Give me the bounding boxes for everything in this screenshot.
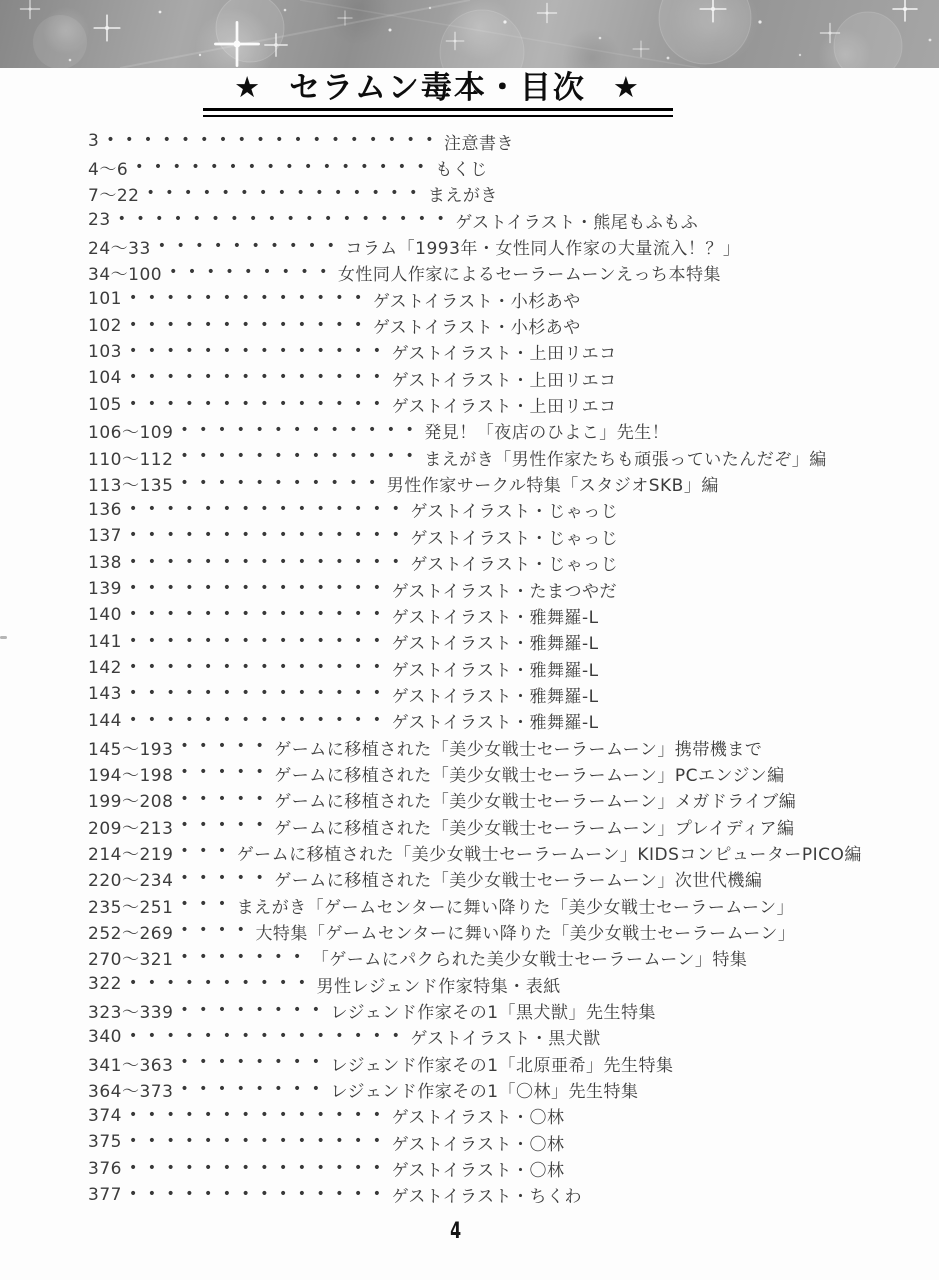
toc-entry-leader-dots: ••••• — [180, 870, 274, 886]
toc-entry-leader-dots: •••••••••••••••••• — [118, 211, 456, 227]
toc-entry-title: コラム「1993年・女性同人作家の大量流入！？」 — [345, 234, 740, 259]
toc-entry-title: 注意書き — [444, 129, 514, 154]
toc-entry: 136•••••••••••••••ゲストイラスト・じゃっじ — [88, 497, 939, 523]
toc-entry: 103••••••••••••••ゲストイラスト・上田リエコ — [88, 339, 939, 365]
toc-entry-pages: 3 — [88, 131, 99, 151]
toc-entry-leader-dots: ••••••••••••••• — [129, 501, 410, 517]
toc-entry-pages: 214～219 — [88, 840, 173, 865]
toc-entry-pages: 110～112 — [88, 445, 173, 470]
toc-entry-title: ゲストイラスト・たまつやだ — [392, 577, 617, 602]
toc-entry-leader-dots: •••••••••••••••• — [135, 159, 435, 175]
toc-entry-leader-dots: ••••••••••••• — [180, 422, 424, 438]
toc-entry-leader-dots: ••••• — [180, 764, 274, 780]
toc-entry-leader-dots: ••••••••• — [169, 264, 338, 280]
sparkle-banner-image — [0, 0, 939, 68]
sparkle-flares-graphic — [0, 0, 939, 68]
toc-entry-leader-dots: ••••• — [180, 791, 274, 807]
toc-entry-title: もくじ — [435, 155, 488, 180]
toc-entry-leader-dots: ••• — [180, 843, 236, 859]
toc-entry-leader-dots: ••••••••••••••• — [129, 527, 410, 543]
toc-entry: 137•••••••••••••••ゲストイラスト・じゃっじ — [88, 523, 939, 549]
toc-entry: 140••••••••••••••ゲストイラスト・雅舞羅-L — [88, 602, 939, 628]
toc-entry-title: 男性レジェンド作家特集・表紙 — [317, 972, 561, 997]
toc-entry: 106～109•••••••••••••発見！「夜店のひよこ」先生！ — [88, 418, 939, 444]
toc-entry-title: ゲストイラスト・じゃっじ — [410, 497, 618, 522]
toc-entry-pages: 139 — [88, 579, 122, 599]
toc-entry: 34～100•••••••••女性同人作家によるセーラームーンえっち本特集 — [88, 260, 939, 286]
toc-entry-title: ゲームに移植された「美少女戦士セーラームーン」KIDSコンピューターPICO編 — [237, 840, 862, 865]
toc-entry-leader-dots: •••••••• — [180, 1054, 330, 1070]
scan-artifact-mark — [0, 636, 7, 639]
toc-entry-pages: 137 — [88, 526, 122, 546]
toc-entry-pages: 4～6 — [88, 155, 128, 180]
toc-entry-title: ゲストイラスト・上田リエコ — [392, 366, 617, 391]
toc-entry-pages: 323～339 — [88, 998, 173, 1023]
toc-entry-pages: 105 — [88, 395, 122, 415]
toc-entry-title: ゲストイラスト・雅舞羅-L — [392, 708, 599, 733]
toc-entry: 139••••••••••••••ゲストイラスト・たまつやだ — [88, 576, 939, 602]
toc-entry-leader-dots: ••••••••••••••• — [129, 1028, 410, 1044]
toc-entry: 235～251•••まえがき「ゲームセンターに舞い降りた「美少女戦士セーラームー… — [88, 892, 939, 918]
toc-entry-pages: 144 — [88, 711, 122, 731]
toc-entry-title: 発見！「夜店のひよこ」先生！ — [424, 418, 669, 443]
toc-entry-pages: 341～363 — [88, 1051, 173, 1076]
toc-entry-pages: 235～251 — [88, 893, 173, 918]
toc-entry-pages: 7～22 — [88, 181, 139, 206]
toc-entry: 214～219•••ゲームに移植された「美少女戦士セーラームーン」KIDSコンピ… — [88, 839, 939, 865]
toc-entry-title: まえがき — [428, 181, 498, 206]
toc-entry: 374••••••••••••••ゲストイラスト・〇林 — [88, 1103, 939, 1129]
toc-entry: 101•••••••••••••ゲストイラスト・小杉あや — [88, 286, 939, 312]
toc-entry-leader-dots: •••••••••••••••••• — [106, 132, 444, 148]
toc-entry-title: ゲームに移植された「美少女戦士セーラームーン」プレイディア編 — [274, 814, 794, 839]
toc-entry: 24～33••••••••••コラム「1993年・女性同人作家の大量流入！？」 — [88, 233, 939, 259]
toc-entry-pages: 106～109 — [88, 418, 173, 443]
star-icon-right: ★ — [613, 70, 641, 104]
toc-entry-title: レジェンド作家その1「黒犬獣」先生特集 — [330, 998, 656, 1023]
toc-entry-pages: 220～234 — [88, 866, 173, 891]
toc-entry: 220～234•••••ゲームに移植された「美少女戦士セーラームーン」次世代機編 — [88, 866, 939, 892]
toc-entry-title: ゲストイラスト・雅舞羅-L — [392, 656, 599, 681]
toc-entry: 110～112•••••••••••••まえがき「男性作家たちも頑張っていたんだ… — [88, 444, 939, 470]
toc-entry-title: まえがき「男性作家たちも頑張っていたんだぞ」編 — [424, 445, 827, 470]
page-title: セラムン毒本・目次 — [289, 70, 586, 106]
toc-entry-title: まえがき「ゲームセンターに舞い降りた「美少女戦士セーラームーン」 — [237, 893, 794, 918]
toc-entry-pages: 102 — [88, 316, 122, 336]
toc-entry-pages: 252～269 — [88, 919, 173, 944]
toc-entry-pages: 364～373 — [88, 1077, 173, 1102]
toc-entry-title: 男性作家サークル特集「スタジオSKB」編 — [387, 471, 719, 496]
toc-entry-pages: 113～135 — [88, 471, 173, 496]
toc-entry: 194～198•••••ゲームに移植された「美少女戦士セーラームーン」PCエンジ… — [88, 760, 939, 786]
toc-entry-title: ゲストイラスト・雅舞羅-L — [392, 682, 599, 707]
toc-entry-pages: 270～321 — [88, 945, 173, 970]
toc-entry-leader-dots: •••••••••••••• — [129, 396, 392, 412]
toc-entry-title: ゲストイラスト・小杉あや — [373, 313, 581, 338]
toc-entry-title: 女性同人作家によるセーラームーンえっち本特集 — [338, 260, 721, 285]
toc-entry: 138•••••••••••••••ゲストイラスト・じゃっじ — [88, 550, 939, 576]
toc-entry-pages: 136 — [88, 500, 122, 520]
toc-entry-title: レジェンド作家その1「〇林」先生特集 — [330, 1077, 638, 1102]
toc-entry-title: ゲストイラスト・黒犬獣 — [410, 1024, 600, 1049]
toc-entry-leader-dots: ••••• — [180, 738, 274, 754]
toc-entry-pages: 322 — [88, 974, 122, 994]
toc-entry-pages: 140 — [88, 605, 122, 625]
page-title-block: ★セラムン毒本・目次★ — [0, 70, 875, 117]
toc-entry-title: ゲストイラスト・じゃっじ — [410, 550, 618, 575]
toc-entry: 7～22•••••••••••••••まえがき — [88, 181, 939, 207]
toc-entry-leader-dots: ••••••• — [180, 949, 311, 965]
toc-entry: 252～269••••大特集「ゲームセンターに舞い降りた「美少女戦士セーラームー… — [88, 918, 939, 944]
toc-document-page: ★セラムン毒本・目次★ 3••••••••••••••••••注意書き4～6••… — [0, 0, 939, 1280]
toc-entry-pages: 374 — [88, 1106, 122, 1126]
toc-entry-leader-dots: ••••••••••••• — [180, 448, 424, 464]
toc-entry: 341～363••••••••レジェンド作家その1「北原亜希」先生特集 — [88, 1050, 939, 1076]
page-number: 4 — [0, 1220, 911, 1244]
toc-entry-pages: 104 — [88, 368, 122, 388]
toc-entry-leader-dots: ••••••••••••• — [129, 290, 373, 306]
toc-entry-leader-dots: •••••••• — [180, 1081, 330, 1097]
title-double-underline — [203, 108, 673, 117]
star-icon-left: ★ — [234, 70, 262, 104]
toc-entry-pages: 103 — [88, 342, 122, 362]
toc-entry-pages: 199～208 — [88, 787, 173, 812]
toc-entry-title: ゲームに移植された「美少女戦士セーラームーン」メガドライブ編 — [274, 787, 796, 812]
toc-entry-leader-dots: •••••••••••••• — [129, 659, 392, 675]
toc-entry-pages: 377 — [88, 1185, 122, 1205]
toc-entry-leader-dots: ••••••••••••• — [129, 317, 373, 333]
toc-entry-pages: 141 — [88, 632, 122, 652]
toc-entry: 199～208•••••ゲームに移植された「美少女戦士セーラームーン」メガドライ… — [88, 787, 939, 813]
toc-entry: 144••••••••••••••ゲストイラスト・雅舞羅-L — [88, 708, 939, 734]
toc-list: 3••••••••••••••••••注意書き4～6••••••••••••••… — [88, 128, 939, 1208]
toc-entry-leader-dots: •••••••••• — [129, 975, 317, 991]
toc-entry: 364～373••••••••レジェンド作家その1「〇林」先生特集 — [88, 1076, 939, 1102]
toc-entry-leader-dots: •••••••• — [180, 1002, 330, 1018]
toc-entry-title: ゲストイラスト・〇林 — [392, 1103, 565, 1128]
toc-entry-pages: 375 — [88, 1132, 122, 1152]
toc-entry-leader-dots: •••••••••••••• — [129, 580, 392, 596]
toc-entry-pages: 101 — [88, 289, 122, 309]
toc-entry-pages: 194～198 — [88, 761, 173, 786]
toc-entry: 23••••••••••••••••••ゲストイラスト・熊尾もふもふ — [88, 207, 939, 233]
toc-entry-leader-dots: •••••••••• — [158, 238, 346, 254]
toc-entry-title: ゲストイラスト・雅舞羅-L — [392, 629, 599, 654]
toc-entry: 141••••••••••••••ゲストイラスト・雅舞羅-L — [88, 629, 939, 655]
toc-entry-pages: 138 — [88, 553, 122, 573]
toc-entry: 105••••••••••••••ゲストイラスト・上田リエコ — [88, 391, 939, 417]
toc-entry: 142••••••••••••••ゲストイラスト・雅舞羅-L — [88, 655, 939, 681]
toc-entry-title: 大特集「ゲームセンターに舞い降りた「美少女戦士セーラームーン」 — [255, 919, 795, 944]
toc-entry-pages: 24～33 — [88, 234, 151, 259]
toc-entry-title: ゲームに移植された「美少女戦士セーラームーン」携帯機まで — [274, 735, 762, 760]
toc-entry: 143••••••••••••••ゲストイラスト・雅舞羅-L — [88, 681, 939, 707]
toc-entry-title: ゲームに移植された「美少女戦士セーラームーン」次世代機編 — [274, 866, 762, 891]
toc-entry-pages: 34～100 — [88, 260, 162, 285]
toc-entry-title: 「ゲームにパクられた美少女戦士セーラームーン」特集 — [312, 945, 748, 970]
toc-entry: 377••••••••••••••ゲストイラスト・ちくわ — [88, 1182, 939, 1208]
toc-entry-pages: 143 — [88, 684, 122, 704]
toc-entry-leader-dots: •••••••••••••• — [129, 633, 392, 649]
toc-entry-title: ゲストイラスト・小杉あや — [373, 287, 581, 312]
toc-entry-pages: 340 — [88, 1027, 122, 1047]
toc-entry-title: ゲストイラスト・ちくわ — [392, 1182, 582, 1207]
toc-entry-leader-dots: •••••••••••••• — [129, 1133, 392, 1149]
toc-entry-leader-dots: •••••••••••••• — [129, 1186, 392, 1202]
toc-entry: 3••••••••••••••••••注意書き — [88, 128, 939, 154]
toc-entry-pages: 376 — [88, 1159, 122, 1179]
toc-entry: 4～6••••••••••••••••もくじ — [88, 154, 939, 180]
toc-entry: 104••••••••••••••ゲストイラスト・上田リエコ — [88, 365, 939, 391]
toc-entry-pages: 145～193 — [88, 735, 173, 760]
toc-entry: 102•••••••••••••ゲストイラスト・小杉あや — [88, 312, 939, 338]
toc-entry: 375••••••••••••••ゲストイラスト・〇林 — [88, 1129, 939, 1155]
toc-entry-leader-dots: •••••••••••••• — [129, 685, 392, 701]
toc-entry-title: ゲストイラスト・じゃっじ — [410, 524, 618, 549]
toc-entry-leader-dots: •••••••••••••• — [129, 1107, 392, 1123]
toc-entry: 340•••••••••••••••ゲストイラスト・黒犬獣 — [88, 1024, 939, 1050]
toc-entry: 376••••••••••••••ゲストイラスト・〇林 — [88, 1155, 939, 1181]
toc-entry: 270～321•••••••「ゲームにパクられた美少女戦士セーラームーン」特集 — [88, 945, 939, 971]
toc-entry-pages: 209～213 — [88, 814, 173, 839]
toc-entry-leader-dots: •••••••••••••• — [129, 1160, 392, 1176]
toc-entry: 209～213•••••ゲームに移植された「美少女戦士セーラームーン」プレイディ… — [88, 813, 939, 839]
toc-entry-title: ゲストイラスト・熊尾もふもふ — [455, 208, 698, 233]
toc-entry-title: ゲストイラスト・上田リエコ — [392, 392, 617, 417]
toc-entry-title: ゲストイラスト・〇林 — [392, 1130, 565, 1155]
toc-entry-leader-dots: ••••••••••••••• — [146, 185, 427, 201]
toc-entry-leader-dots: •••••••••••••• — [129, 369, 392, 385]
toc-entry: 323～339••••••••レジェンド作家その1「黒犬獣」先生特集 — [88, 997, 939, 1023]
toc-entry-title: ゲストイラスト・上田リエコ — [392, 339, 617, 364]
toc-entry: 322••••••••••男性レジェンド作家特集・表紙 — [88, 971, 939, 997]
toc-entry: 113～135•••••••••••男性作家サークル特集「スタジオSKB」編 — [88, 470, 939, 496]
toc-entry-leader-dots: ••••••••••••••• — [129, 554, 410, 570]
toc-entry-leader-dots: •••••••••••••• — [129, 606, 392, 622]
toc-entry-title: ゲームに移植された「美少女戦士セーラームーン」PCエンジン編 — [274, 761, 784, 786]
toc-entry-leader-dots: ••• — [180, 896, 236, 912]
toc-entry-pages: 142 — [88, 658, 122, 678]
toc-entry-title: ゲストイラスト・雅舞羅-L — [392, 603, 599, 628]
toc-entry-leader-dots: •••••••••••••• — [129, 712, 392, 728]
toc-entry-title: レジェンド作家その1「北原亜希」先生特集 — [330, 1051, 673, 1076]
toc-entry-leader-dots: ••••••••••• — [180, 475, 386, 491]
toc-entry-leader-dots: •••• — [180, 922, 255, 938]
toc-entry-leader-dots: •••••••••••••• — [129, 343, 392, 359]
toc-entry-pages: 23 — [88, 210, 111, 230]
toc-entry: 145～193•••••ゲームに移植された「美少女戦士セーラームーン」携帯機まで — [88, 734, 939, 760]
toc-entry-leader-dots: ••••• — [180, 817, 274, 833]
toc-entry-title: ゲストイラスト・〇林 — [392, 1156, 565, 1181]
